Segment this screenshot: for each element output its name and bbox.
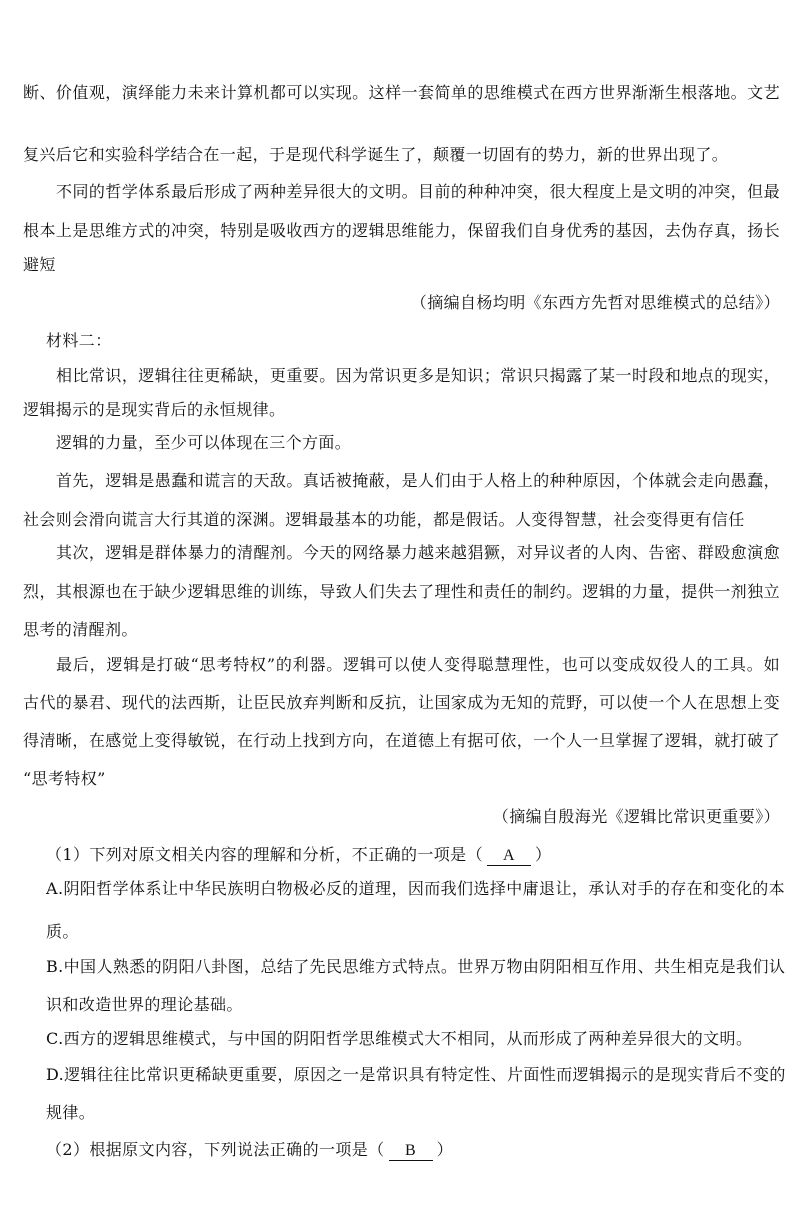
question-1-stem: （1）下列对原文相关内容的理解和分析，不正确的一项是（A） <box>46 845 551 866</box>
text-line: 得清晰，在感觉上变得敏锐，在行动上找到方向，在道德上有据可依，一个人一旦掌握了逻… <box>23 731 780 751</box>
answer-blank: A <box>487 847 531 866</box>
paragraph-line: 首先，逻辑是愚蠢和谎言的天敌。真话被掩蔽，是人们由于人格上的种种原因，个体就会走… <box>56 471 780 491</box>
source-citation: （摘编自杨均明《东西方先哲对思维模式的总结》） <box>411 293 780 313</box>
text-line: 古代的暴君、现代的法西斯，让臣民放弃判断和反抗，让国家成为无知的荒野，可以使一个… <box>23 693 780 713</box>
text-line: 逻辑揭示的是现实背后的永恒规律。 <box>23 400 285 420</box>
paragraph-line: 最后，逻辑是打破“思考特权”的利器。逻辑可以使人变得聪慧理性，也可以变成奴役人的… <box>56 655 780 675</box>
question-stem-text: （1）下列对原文相关内容的理解和分析，不正确的一项是（ <box>46 845 483 864</box>
option-b-line: 识和改造世界的理论基础。 <box>46 995 243 1015</box>
text-line: 复兴后它和实验科学结合在一起，于是现代科学诞生了，颠覆一切固有的势力，新的世界出… <box>23 145 728 165</box>
paragraph-line: 其次，逻辑是群体暴力的清醒剂。今天的网络暴力越来越猖獗，对异议者的人肉、告密、群… <box>56 543 780 563</box>
paragraph-line: 相比常识，逻辑往往更稀缺，更重要。因为常识更多是知识；常识只揭露了某一时段和地点… <box>56 366 780 386</box>
option-a-line: 质。 <box>46 922 79 942</box>
option-a-line: A.阴阳哲学体系让中华民族明白物极必反的道理，因而我们选择中庸退让，承认对手的存… <box>46 879 780 899</box>
question-stem-text: （2）根据原文内容，下列说法正确的一项是（ <box>46 1140 385 1159</box>
paragraph-line: 逻辑的力量，至少可以体现在三个方面。 <box>56 433 351 453</box>
answer-blank: B <box>389 1142 433 1161</box>
option-c-line: C.西方的逻辑思维模式，与中国的阴阳哲学思维模式大不相同，从而形成了两种差异很大… <box>46 1029 752 1049</box>
text-line: 社会则会滑向谎言大行其道的深渊。逻辑最基本的功能，都是假话。人变得智慧，社会变得… <box>23 510 745 530</box>
text-line: 根本上是思维方式的冲突，特别是吸收西方的逻辑思维能力，保留我们自身优秀的基因，去… <box>23 221 780 241</box>
source-citation: （摘编自殷海光《逻辑比常识更重要》） <box>493 807 780 827</box>
text-line: 避短 <box>23 255 56 275</box>
question-2-stem: （2）根据原文内容，下列说法正确的一项是（B） <box>46 1140 453 1161</box>
paragraph-line: 不同的哲学体系最后形成了两种差异很大的文明。目前的种种冲突，很大程度上是文明的冲… <box>56 182 780 202</box>
section-heading: 材料二： <box>46 331 112 351</box>
question-close-paren: ） <box>535 845 551 864</box>
text-line: 断、价值观，演绎能力未来计算机都可以实现。这样一套简单的思维模式在西方世界渐渐生… <box>23 83 780 103</box>
question-close-paren: ） <box>437 1140 453 1159</box>
option-b-line: B.中国人熟悉的阴阳八卦图，总结了先民思维方式特点。世界万物由阴阳相互作用、共生… <box>46 957 780 977</box>
text-line: 思考的清醒剂。 <box>23 620 138 640</box>
text-line: “思考特权” <box>23 769 106 789</box>
option-d-line: D.逻辑往往比常识更稀缺更重要，原因之一是常识具有特定性、片面性而逻辑揭示的是现… <box>46 1065 780 1085</box>
text-line: 烈，其根源也在于缺少逻辑思维的训练，导致人们失去了理性和责任的制约。逻辑的力量，… <box>23 582 780 602</box>
option-d-line: 规律。 <box>46 1103 95 1123</box>
